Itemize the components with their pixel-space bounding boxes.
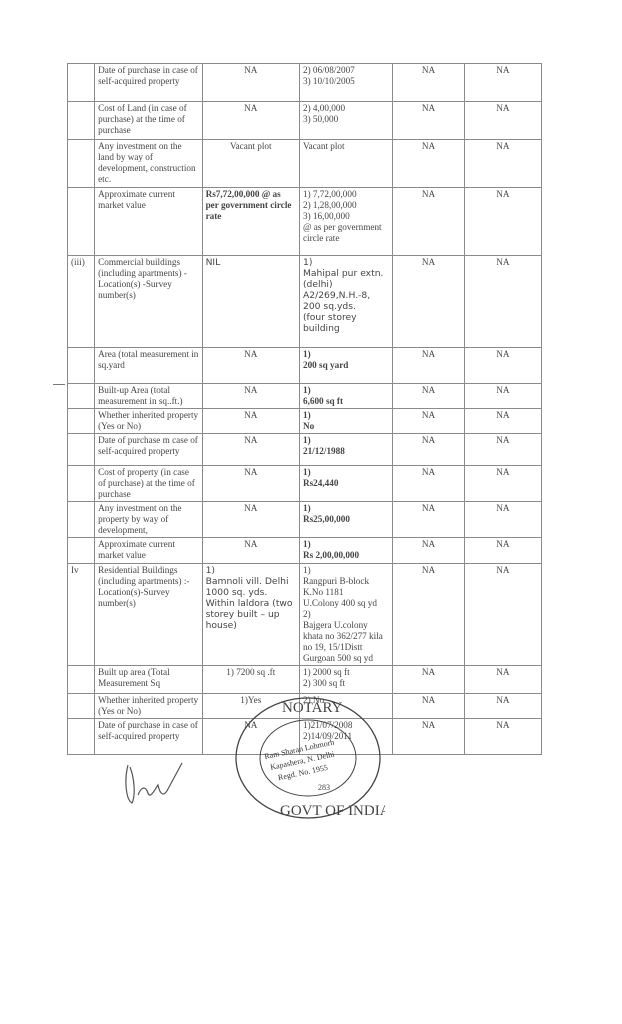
row-label: Cost of property (in case of purchase) a…	[95, 466, 202, 502]
value-col-b: 1) Mahipal pur extn. (delhi) A2/269,N.H.…	[299, 256, 392, 348]
row-label: Residential Buildings (including apartme…	[95, 564, 202, 666]
value-col-a: NA	[202, 348, 299, 384]
svg-text:NOTARY: NOTARY	[282, 700, 343, 716]
value-col-d: NA	[464, 694, 541, 719]
row-index	[68, 434, 95, 466]
row-index	[68, 64, 95, 102]
value-col-c: NA	[393, 384, 464, 409]
value-col-b: 1) 6,600 sq ft	[299, 384, 392, 409]
value-col-a: NA	[202, 502, 299, 538]
table-row: Approximate current market valueRs7,72,0…	[68, 188, 542, 256]
table-row: Approximate current market valueNA1) Rs …	[68, 538, 542, 564]
value-col-b: 1) Rs25,00,000	[299, 502, 392, 538]
row-index	[68, 140, 95, 188]
row-label: Approximate current market value	[95, 188, 202, 256]
value-col-b: 1) Rangpuri B-block K.No 1181 U.Colony 4…	[299, 564, 392, 666]
table-row: Date of purchase m case of self-acquired…	[68, 434, 542, 466]
row-label: Date of purchase in case of self-acquire…	[95, 719, 202, 755]
value-col-b: 2) 4,00,000 3) 50,000	[299, 102, 392, 140]
notary-stamp: NOTARY GOVT OF INDIA Ram Sharan Lohmorh …	[230, 690, 385, 820]
value-col-a: NA	[202, 102, 299, 140]
value-col-c: NA	[393, 140, 464, 188]
row-index	[68, 502, 95, 538]
row-label: Date of purchase m case of self-acquired…	[95, 434, 202, 466]
row-index	[68, 384, 95, 409]
value-col-c: NA	[393, 538, 464, 564]
value-col-c: NA	[393, 666, 464, 694]
value-col-d: NA	[464, 348, 541, 384]
value-col-d: NA	[464, 384, 541, 409]
row-index: Iv	[68, 564, 95, 666]
table-row: Cost of Land (in case of purchase) at th…	[68, 102, 542, 140]
value-col-d: NA	[464, 719, 541, 755]
value-col-a: NA	[202, 434, 299, 466]
value-col-d: NA	[464, 502, 541, 538]
value-col-a: Vacant plot	[202, 140, 299, 188]
row-index	[68, 538, 95, 564]
value-col-b: 1) Rs 2,00,00,000	[299, 538, 392, 564]
value-col-b: 1) 21/12/1988	[299, 434, 392, 466]
table-row: Area (total measurement in sq.yardNA1) 2…	[68, 348, 542, 384]
value-col-c: NA	[393, 256, 464, 348]
row-label: Built-up Area (total measurement in sq..…	[95, 384, 202, 409]
row-label: Built up area (Total Measurement Sq	[95, 666, 202, 694]
row-index	[68, 348, 95, 384]
row-label: Area (total measurement in sq.yard	[95, 348, 202, 384]
value-col-d: NA	[464, 409, 541, 434]
value-col-d: NA	[464, 188, 541, 256]
table-row: Date of purchase in case of self-acquire…	[68, 64, 542, 102]
value-col-a: NA	[202, 409, 299, 434]
value-col-a: NIL	[202, 256, 299, 348]
signature	[120, 755, 190, 815]
value-col-c: NA	[393, 502, 464, 538]
row-index	[68, 466, 95, 502]
document-page: Date of purchase in case of self-acquire…	[0, 0, 622, 1024]
row-index	[68, 409, 95, 434]
value-col-c: NA	[393, 102, 464, 140]
value-col-d: NA	[464, 256, 541, 348]
value-col-d: NA	[464, 434, 541, 466]
table-row: IvResidential Buildings (including apart…	[68, 564, 542, 666]
value-col-c: NA	[393, 564, 464, 666]
row-index	[68, 188, 95, 256]
margin-mark	[53, 384, 65, 385]
value-col-d: NA	[464, 140, 541, 188]
value-col-b: 1) 7,72,00,000 2) 1,28,00,000 3) 16,00,0…	[299, 188, 392, 256]
row-index	[68, 719, 95, 755]
row-index	[68, 666, 95, 694]
property-table: Date of purchase in case of self-acquire…	[67, 63, 542, 755]
table-row: Whether inherited property (Yes or No)NA…	[68, 409, 542, 434]
svg-text:GOVT OF INDIA: GOVT OF INDIA	[280, 803, 385, 819]
row-label: Approximate current market value	[95, 538, 202, 564]
row-label: Whether inherited property (Yes or No)	[95, 409, 202, 434]
value-col-b: 1) Rs24,440	[299, 466, 392, 502]
row-label: Any investment on the land by way of dev…	[95, 140, 202, 188]
value-col-d: NA	[464, 102, 541, 140]
value-col-b: 1) 200 sq yard	[299, 348, 392, 384]
row-index	[68, 694, 95, 719]
table-row: Built-up Area (total measurement in sq..…	[68, 384, 542, 409]
value-col-d: NA	[464, 64, 541, 102]
value-col-d: NA	[464, 666, 541, 694]
value-col-c: NA	[393, 466, 464, 502]
value-col-b: 1) No	[299, 409, 392, 434]
value-col-a: 1) Bamnoli vill. Delhi 1000 sq. yds. Wit…	[202, 564, 299, 666]
value-col-c: NA	[393, 64, 464, 102]
value-col-a: NA	[202, 538, 299, 564]
value-col-c: NA	[393, 188, 464, 256]
value-col-d: NA	[464, 466, 541, 502]
table-row: Cost of property (in case of purchase) a…	[68, 466, 542, 502]
row-label: Date of purchase in case of self-acquire…	[95, 64, 202, 102]
row-index: (iii)	[68, 256, 95, 348]
value-col-a: NA	[202, 466, 299, 502]
value-col-a: Rs7,72,00,000 @ as per government circle…	[202, 188, 299, 256]
value-col-c: NA	[393, 348, 464, 384]
value-col-b: Vacant plot	[299, 140, 392, 188]
svg-text:283: 283	[318, 783, 330, 792]
table-row: Any investment on the land by way of dev…	[68, 140, 542, 188]
row-label: Commercial buildings (including apartmen…	[95, 256, 202, 348]
value-col-d: NA	[464, 538, 541, 564]
row-label: Cost of Land (in case of purchase) at th…	[95, 102, 202, 140]
value-col-c: NA	[393, 409, 464, 434]
value-col-a: NA	[202, 64, 299, 102]
value-col-c: NA	[393, 694, 464, 719]
table-row: Any investment on the property by way of…	[68, 502, 542, 538]
value-col-b: 2) 06/08/2007 3) 10/10/2005	[299, 64, 392, 102]
row-label: Any investment on the property by way of…	[95, 502, 202, 538]
value-col-c: NA	[393, 434, 464, 466]
value-col-d: NA	[464, 564, 541, 666]
row-label: Whether inherited property (Yes or No)	[95, 694, 202, 719]
value-col-a: NA	[202, 384, 299, 409]
row-index	[68, 102, 95, 140]
value-col-c: NA	[393, 719, 464, 755]
table-row: (iii)Commercial buildings (including apa…	[68, 256, 542, 348]
